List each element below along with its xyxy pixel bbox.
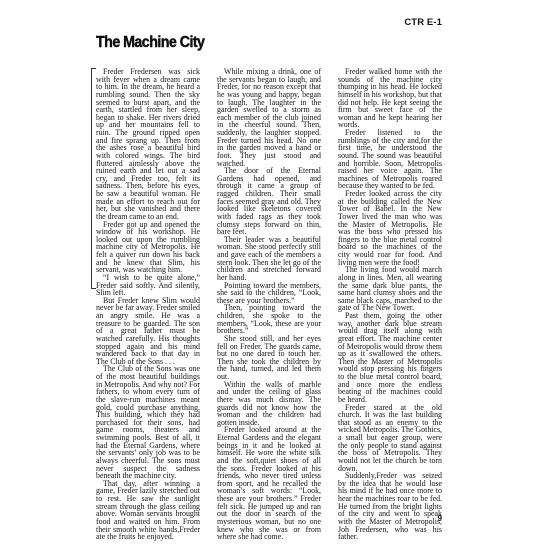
paragraph: Freder got up and opened the window of h… xyxy=(96,221,200,274)
text-column-3: Freder walked home with the sounds of th… xyxy=(338,68,442,541)
paragraph: Within the walls of marble and under the… xyxy=(217,381,321,427)
page-number: 9 xyxy=(434,514,442,523)
paragraph: Suddenly,Freder was seized by the idea t… xyxy=(338,472,442,541)
paragraph: She stood still, and her eyes fell on Fr… xyxy=(217,335,321,381)
paragraph: Then, pointing toward the children, she … xyxy=(217,304,321,335)
paragraph: Pointing toward the members, she said to… xyxy=(217,282,321,305)
paragraph: Their leader was a beautiful woman. She … xyxy=(217,236,321,282)
paragraph: The living food would march along in lin… xyxy=(338,266,442,312)
paragraph: The door of the Eternal Gardens had open… xyxy=(217,167,321,236)
paragraph: That day, after winning a game, Freder l… xyxy=(96,480,200,541)
paragraph: Freder looked across the city at the bui… xyxy=(338,190,442,266)
text-column-1: Freder Fredersen was sick with fever whe… xyxy=(96,68,200,541)
paragraph: The Club of the Sons was one of the most… xyxy=(96,365,200,479)
paragraph: Freder walked home with the sounds of th… xyxy=(338,68,442,129)
paragraph: Freder stared at the old church. It was … xyxy=(338,404,442,473)
paragraph: Freder listened to the rumblings of the … xyxy=(338,129,442,190)
text-column-2: While mixing a drink, one of the servant… xyxy=(217,68,321,541)
page-title: The Machine City xyxy=(96,34,204,52)
section-code: CTR E-1 xyxy=(400,17,442,28)
paragraph: Freder Fredersen was sick with fever whe… xyxy=(96,68,200,221)
paragraph: Freder looked around at the Eternal Gard… xyxy=(217,426,321,540)
paragraph: Past them, going the other way, another … xyxy=(338,312,442,404)
paragraph: While mixing a drink, one of the servant… xyxy=(217,68,321,167)
paragraph: “I wish to be quite alone,” Freder said … xyxy=(96,274,200,297)
document-page: CTR E-1 The Machine City Freder Frederse… xyxy=(0,0,550,550)
paragraph: But Freder knew Slim would never be far … xyxy=(96,297,200,366)
